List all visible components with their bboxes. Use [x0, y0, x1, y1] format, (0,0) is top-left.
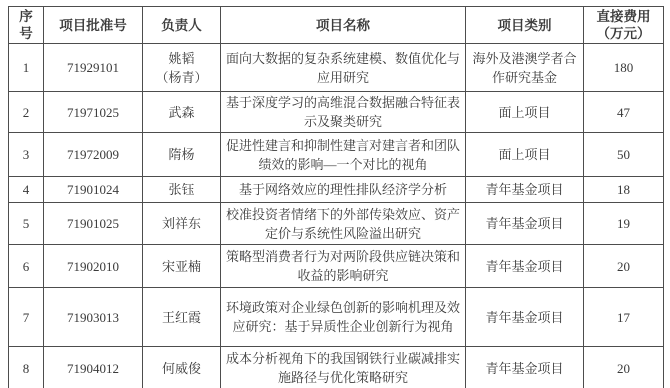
pi-name: 张钰	[168, 182, 194, 197]
cell-grant-no: 71904012	[44, 347, 143, 388]
cell-pi: 何威俊	[143, 347, 221, 388]
cell-pi: 隋杨	[143, 133, 221, 177]
cell-grant-no: 71901025	[44, 203, 143, 245]
header-no: 序号	[9, 7, 44, 44]
cell-grant-no: 71972009	[44, 133, 143, 177]
header-category: 项目类别	[466, 7, 584, 44]
cell-fee: 50	[584, 133, 664, 177]
header-fee-line2: （万元）	[597, 26, 651, 41]
header-fee: 直接费用 （万元）	[584, 7, 664, 44]
header-pi: 负责人	[143, 7, 221, 44]
cell-no: 2	[9, 92, 44, 133]
cell-fee: 19	[584, 203, 664, 245]
cell-pi: 姚韬（杨青）	[143, 44, 221, 92]
header-row: 序号 项目批准号 负责人 项目名称 项目类别 直接费用 （万元）	[9, 7, 664, 44]
cell-title: 策略型消费者行为对两阶段供应链决策和收益的影响研究	[221, 245, 466, 288]
pi-name: 刘祥东	[162, 216, 201, 231]
cell-category: 青年基金项目	[466, 177, 584, 203]
cell-fee: 20	[584, 347, 664, 388]
table-row: 8 71904012 何威俊 成本分析视角下的我国钢铁行业碳减排实施路径与优化策…	[9, 347, 664, 388]
pi-note: （杨青）	[147, 68, 216, 87]
cell-pi: 宋亚楠	[143, 245, 221, 288]
pi-name: 何威俊	[162, 361, 201, 376]
table-row: 2 71971025 武森 基于深度学习的高维混合数据融合特征表示及聚类研究 面…	[9, 92, 664, 133]
cell-grant-no: 71929101	[44, 44, 143, 92]
cell-pi: 张钰	[143, 177, 221, 203]
cell-category: 海外及港澳学者合作研究基金	[466, 44, 584, 92]
header-title: 项目名称	[221, 7, 466, 44]
table-row: 1 71929101 姚韬（杨青） 面向大数据的复杂系统建模、数值优化与应用研究…	[9, 44, 664, 92]
pi-name: 宋亚楠	[162, 259, 201, 274]
cell-category: 青年基金项目	[466, 288, 584, 347]
cell-pi: 王红霞	[143, 288, 221, 347]
cell-no: 6	[9, 245, 44, 288]
cell-title: 环境政策对企业绿色创新的影响机理及效应研究：基于异质性企业创新行为视角	[221, 288, 466, 347]
pi-name: 武森	[168, 105, 194, 120]
cell-pi: 刘祥东	[143, 203, 221, 245]
cell-fee: 47	[584, 92, 664, 133]
table-row: 5 71901025 刘祥东 校准投资者情绪下的外部传染效应、资产定价与系统性风…	[9, 203, 664, 245]
pi-name: 隋杨	[168, 147, 194, 162]
cell-no: 4	[9, 177, 44, 203]
cell-title: 基于深度学习的高维混合数据融合特征表示及聚类研究	[221, 92, 466, 133]
cell-no: 5	[9, 203, 44, 245]
cell-category: 青年基金项目	[466, 203, 584, 245]
cell-grant-no: 71901024	[44, 177, 143, 203]
cell-fee: 20	[584, 245, 664, 288]
pi-name: 王红霞	[162, 310, 201, 325]
cell-title: 面向大数据的复杂系统建模、数值优化与应用研究	[221, 44, 466, 92]
cell-title: 校准投资者情绪下的外部传染效应、资产定价与系统性风险溢出研究	[221, 203, 466, 245]
table-row: 7 71903013 王红霞 环境政策对企业绿色创新的影响机理及效应研究：基于异…	[9, 288, 664, 347]
cell-category: 面上项目	[466, 92, 584, 133]
cell-no: 1	[9, 44, 44, 92]
table-row: 3 71972009 隋杨 促进性建言和抑制性建言对建言者和团队绩效的影响—一个…	[9, 133, 664, 177]
header-fee-line1: 直接费用	[597, 9, 651, 24]
cell-title: 成本分析视角下的我国钢铁行业碳减排实施路径与优化策略研究	[221, 347, 466, 388]
cell-grant-no: 71902010	[44, 245, 143, 288]
cell-title: 促进性建言和抑制性建言对建言者和团队绩效的影响—一个对比的视角	[221, 133, 466, 177]
cell-grant-no: 71971025	[44, 92, 143, 133]
table-row: 6 71902010 宋亚楠 策略型消费者行为对两阶段供应链决策和收益的影响研究…	[9, 245, 664, 288]
cell-pi: 武森	[143, 92, 221, 133]
table-row: 4 71901024 张钰 基于网络效应的理性排队经济学分析 青年基金项目 18	[9, 177, 664, 203]
cell-fee: 17	[584, 288, 664, 347]
cell-grant-no: 71903013	[44, 288, 143, 347]
cell-category: 青年基金项目	[466, 245, 584, 288]
header-grant-no: 项目批准号	[44, 7, 143, 44]
cell-no: 8	[9, 347, 44, 388]
cell-category: 面上项目	[466, 133, 584, 177]
cell-fee: 180	[584, 44, 664, 92]
cell-no: 3	[9, 133, 44, 177]
pi-name: 姚韬	[168, 51, 194, 66]
cell-no: 7	[9, 288, 44, 347]
cell-category: 青年基金项目	[466, 347, 584, 388]
funded-projects-table: 序号 项目批准号 负责人 项目名称 项目类别 直接费用 （万元） 1 71929…	[8, 6, 664, 388]
cell-title: 基于网络效应的理性排队经济学分析	[221, 177, 466, 203]
cell-fee: 18	[584, 177, 664, 203]
